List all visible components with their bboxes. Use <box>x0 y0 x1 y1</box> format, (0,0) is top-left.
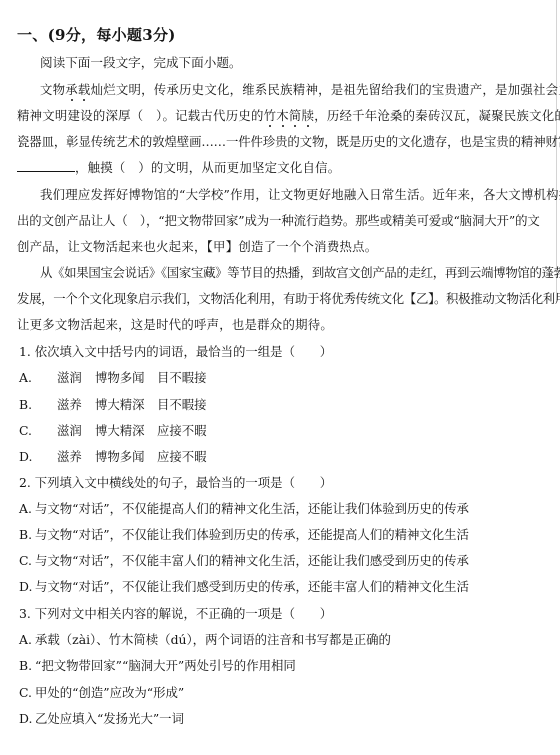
option-label: B. <box>19 527 35 542</box>
option-text: 与文物“对话”，不仅能提高人们的精神文化生活，还能让我们体验到历史的传承 <box>35 501 469 516</box>
option-label: A. <box>19 370 57 385</box>
option-word: 滋养 <box>57 447 95 465</box>
option-word: 滋润 <box>57 421 95 439</box>
passage-p1-line1: 文物承载灿烂文明，传承历史文化，维系民族精神，是祖先留给我们的宝贵遗产，是加强社… <box>40 80 560 98</box>
passage-p3-line3: 让更多文物活起来，这是时代的呼声，也是群众的期待。 <box>17 315 333 333</box>
option-text: 与文物“对话”，不仅能让我们体验到历史的传承，还能提高人们的精神文化生活 <box>35 527 469 542</box>
option-text: 与文物“对话”，不仅能让我们感受到历史的传承，还能丰富人们的精神文化生活 <box>35 579 469 594</box>
option-text: 承载（zài）、竹木简椟（dú），两个词语的注音和书写都是正确的 <box>35 632 391 647</box>
option-text: 甲处的“创造”应改为“形成” <box>35 685 184 700</box>
question-2-option-b[interactable]: B.与文物“对话”，不仅能让我们体验到历史的传承，还能提高人们的精神文化生活 <box>19 525 469 543</box>
option-label: C. <box>19 685 35 700</box>
option-text: 与文物“对话”，不仅能丰富人们的精神文化生活，还能让我们感受到历史的传承 <box>35 553 469 568</box>
option-word: 滋润 <box>57 368 95 386</box>
passage-p2-line2: 出的文创产品让人（ ），“把文物带回家”成为一种流行趋势。那些或精美可爱或“脑洞… <box>17 211 540 229</box>
text: 灿烂文明，传承历史文化，维系民族精神，是祖先留给我们的宝贵遗产，是加强社会主义 <box>91 82 560 97</box>
question-3-option-b[interactable]: B.“把文物带回家”“脑洞大开”两处引号的作用相同 <box>19 656 296 674</box>
passage-p1-line3: 瓷器皿，彰显传统艺术的敦煌壁画……一件件珍贵的文物，既是历史的文化遗存，也是宝贵… <box>17 132 560 150</box>
section-heading: 一、(9分，每小题3分) <box>17 24 176 45</box>
question-1-option-a[interactable]: A.滋润博物多闻目不暇接 <box>19 368 207 386</box>
emphasis-char: 承 <box>65 82 78 97</box>
text: 文物 <box>40 82 65 97</box>
option-label: B. <box>19 397 57 412</box>
option-label: D. <box>19 711 35 726</box>
fill-blank-line <box>17 159 75 172</box>
emphasis-char: 竹 <box>264 108 277 123</box>
passage-p1-line2: 精神文明建设的深厚（ ）。记载古代历史的竹木简牍，历经千年沧桑的秦砖汉瓦，凝聚民… <box>17 106 560 124</box>
text: ，历经千年沧桑的秦砖汉瓦，凝聚民族文化的陶 <box>314 108 560 123</box>
option-word: 博物多闻 <box>95 368 157 386</box>
emphasis-char: 简 <box>289 108 302 123</box>
passage-p3-line1: 从《如果国宝会说话》《国家宝藏》等节目的热播，到故宫文创产品的走红，再到云端博物… <box>40 263 560 281</box>
emphasis-char: 载 <box>78 82 91 97</box>
option-label: C. <box>19 553 35 568</box>
question-1-stem: 1. 依次填入文中括号内的词语，最恰当的一组是（ ） <box>19 342 332 360</box>
emphasis-char: 牍 <box>302 108 315 123</box>
passage-p2-line1: 我们理应发挥好博物馆的“大学校”作用，让文物更好地融入日常生活。近年来，各大文博… <box>40 185 560 203</box>
option-word: 博大精深 <box>95 421 157 439</box>
question-3-stem: 3. 下列对文中相关内容的解说，不正确的一项是（ ） <box>19 604 332 622</box>
question-2-option-d[interactable]: D.与文物“对话”，不仅能让我们感受到历史的传承，还能丰富人们的精神文化生活 <box>19 577 469 595</box>
passage-p3-line2: 发展，一个个文化现象启示我们，文物活化利用，有助于将优秀传统文化【乙】。积极推动… <box>17 289 560 307</box>
page-edge-line <box>556 0 557 300</box>
option-word: 目不暇接 <box>157 395 207 413</box>
exam-page: 一、(9分，每小题3分) 阅读下面一段文字，完成下面小题。 文物承载灿烂文明，传… <box>0 0 560 755</box>
option-word: 博大精深 <box>95 395 157 413</box>
option-word: 应接不暇 <box>157 421 207 439</box>
option-word: 滋养 <box>57 395 95 413</box>
option-label: B. <box>19 658 35 673</box>
option-text: 乙处应填入“发扬光大”一词 <box>35 711 184 726</box>
question-3-option-d[interactable]: D.乙处应填入“发扬光大”一词 <box>19 709 184 727</box>
question-2-option-c[interactable]: C.与文物“对话”，不仅能丰富人们的精神文化生活，还能让我们感受到历史的传承 <box>19 551 469 569</box>
option-word: 博物多闻 <box>95 447 157 465</box>
option-label: A. <box>19 501 35 516</box>
option-label: A. <box>19 632 35 647</box>
section-instruction: 阅读下面一段文字，完成下面小题。 <box>40 52 242 71</box>
question-1-option-d[interactable]: D.滋养博物多闻应接不暇 <box>19 447 207 465</box>
question-1-option-b[interactable]: B.滋养博大精深目不暇接 <box>19 395 207 413</box>
passage-p2-line3: 创产品，让文物活起来也火起来，【甲】创造了一个个消费热点。 <box>17 237 377 255</box>
text: 精神文明建设的深厚（ ）。记载古代历史的 <box>17 108 264 123</box>
option-label: D. <box>19 579 35 594</box>
passage-p1-line4: ，触摸（ ）的文明，从而更加坚定文化自信。 <box>17 158 340 176</box>
question-2-stem: 2. 下列填入文中横线处的句子，最恰当的一项是（ ） <box>19 473 332 491</box>
question-3-option-c[interactable]: C.甲处的“创造”应改为“形成” <box>19 683 184 701</box>
option-label: C. <box>19 423 57 438</box>
option-text: “把文物带回家”“脑洞大开”两处引号的作用相同 <box>35 658 296 673</box>
question-1-option-c[interactable]: C.滋润博大精深应接不暇 <box>19 421 207 439</box>
option-word: 应接不暇 <box>157 447 207 465</box>
option-word: 目不暇接 <box>157 368 207 386</box>
emphasis-char: 木 <box>276 108 289 123</box>
text: ，触摸（ ）的文明，从而更加坚定文化自信。 <box>75 160 340 175</box>
option-label: D. <box>19 449 57 464</box>
question-3-option-a[interactable]: A.承载（zài）、竹木简椟（dú），两个词语的注音和书写都是正确的 <box>19 630 391 648</box>
question-2-option-a[interactable]: A.与文物“对话”，不仅能提高人们的精神文化生活，还能让我们体验到历史的传承 <box>19 499 469 517</box>
